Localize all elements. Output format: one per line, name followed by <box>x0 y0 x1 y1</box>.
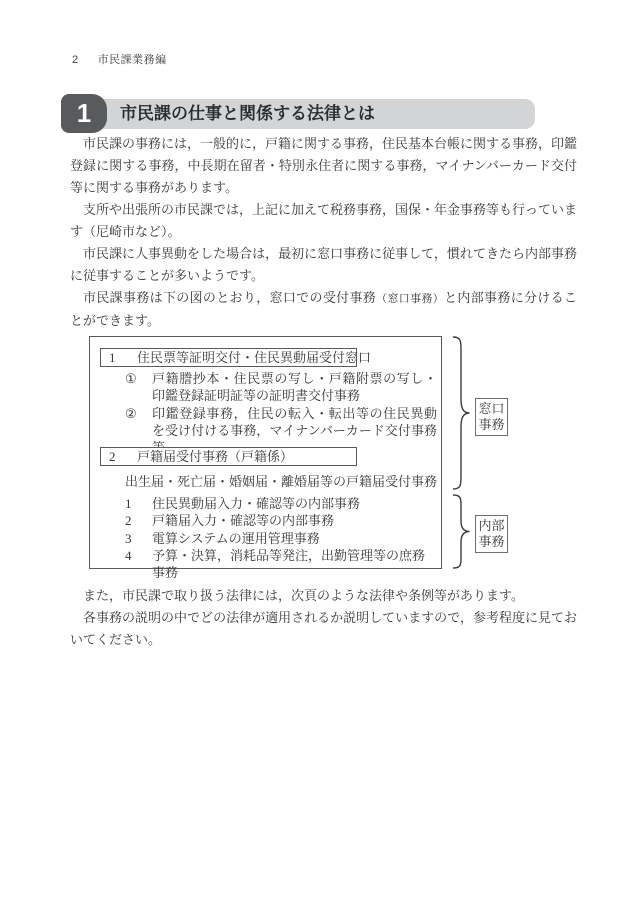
internal-duties-label-line2: 事務 <box>478 534 504 549</box>
window-duty-2-number: 2 <box>109 448 137 465</box>
internal-duties-brace <box>452 494 472 569</box>
paragraph-2: 支所や出張所の市民課では，上記に加えて税務事務，国保・年金事務等も行っています（… <box>70 199 577 243</box>
window-duty-1-item-1-text: 戸籍謄抄本・住民票の写し・戸籍附票の写し・印鑑登録証明証等の証明書交付事務 <box>152 370 437 404</box>
internal-duty-3-text: 電算システムの運用管理事務 <box>152 530 320 547</box>
window-duties-label-line2: 事務 <box>478 417 504 432</box>
body-text-lower: また，市民課で取り扱う法律には，次頁のような法律や条例等があります。 各事務の説… <box>70 585 577 651</box>
paragraph-4: 市民課事務は下の図のとおり，窓口での受付事務（窓口事務）と内部事務に分けることが… <box>70 287 577 332</box>
internal-duty-4-number: 4 <box>125 547 152 582</box>
internal-duties-label: 内部 事務 <box>475 515 508 553</box>
internal-duty-3-number: 3 <box>125 530 152 547</box>
paragraph-4-text: 市民課事務は下の図のとおり，窓口での受付事務 <box>83 290 376 305</box>
internal-duty-2-text: 戸籍届入力・確認等の内部事務 <box>152 512 334 529</box>
paragraph-1: 市民課の事務には，一般的に，戸籍に関する事務，住民基本台帳に関する事務，印鑑登録… <box>70 133 577 199</box>
internal-duties-label-line1: 内部 <box>478 518 504 533</box>
paragraph-3: 市民課に人事異動をした場合は，最初に窓口事務に従事して，慣れてきたら内部事務に従… <box>70 243 577 287</box>
window-duties-label-line1: 窓口 <box>478 401 504 416</box>
internal-duty-2-number: 2 <box>125 512 152 529</box>
body-text-upper: 市民課の事務には，一般的に，戸籍に関する事務，住民基本台帳に関する事務，印鑑登録… <box>70 133 577 332</box>
edition-title: 市民課業務編 <box>98 54 167 66</box>
internal-duty-row-2: 2 戸籍届入力・確認等の内部事務 <box>125 512 437 529</box>
window-duty-2-description: 出生届・死亡届・婚姻届・離婚届等の戸籍届受付事務 <box>125 471 437 490</box>
window-duty-2-title-box: 2戸籍届受付事務（戸籍係） <box>100 447 357 466</box>
window-duties-label: 窓口 事務 <box>475 398 508 436</box>
document-page: 2市民課業務編 1 市民課の仕事と関係する法律とは 市民課の事務には，一般的に，… <box>0 0 643 900</box>
internal-duty-row-4: 4 予算・決算，消耗品等発注，出勤管理等の庶務事務 <box>125 547 437 582</box>
section-title: 市民課の仕事と関係する法律とは <box>120 99 375 129</box>
paragraph-5: また，市民課で取り扱う法律には，次頁のような法律や条例等があります。 <box>70 585 577 607</box>
window-duty-1-item-1: ① 戸籍謄抄本・住民票の写し・戸籍附票の写し・印鑑登録証明証等の証明書交付事務 <box>125 370 437 404</box>
circled-1-marker: ① <box>125 370 152 404</box>
paragraph-4-parenthetical: （窓口事務） <box>376 293 444 305</box>
page-number: 2 <box>72 54 79 66</box>
running-header: 2市民課業務編 <box>72 51 167 67</box>
internal-duty-1-text: 住民異動届入力・確認等の内部事務 <box>152 495 360 512</box>
window-duty-1-title: 住民票等証明交付・住民異動届受付窓口 <box>137 350 371 365</box>
internal-duty-row-3: 3 電算システムの運用管理事務 <box>125 530 437 547</box>
internal-duty-row-1: 1 住民異動届入力・確認等の内部事務 <box>125 495 437 512</box>
window-duty-2-title: 戸籍届受付事務（戸籍係） <box>137 449 293 464</box>
window-duties-brace <box>452 336 472 490</box>
section-number-badge: 1 <box>61 94 107 133</box>
internal-duty-1-number: 1 <box>125 495 152 512</box>
window-duty-1-number: 1 <box>109 349 137 366</box>
internal-duty-4-text: 予算・決算，消耗品等発注，出勤管理等の庶務事務 <box>152 547 437 582</box>
paragraph-6: 各事務の説明の中でどの法律が適用されるか説明していますので，参考程度に見ておいて… <box>70 607 577 651</box>
window-duty-1-title-box: 1住民票等証明交付・住民異動届受付窓口 <box>100 348 357 367</box>
internal-duties-list: 1 住民異動届入力・確認等の内部事務 2 戸籍届入力・確認等の内部事務 3 電算… <box>125 495 437 581</box>
